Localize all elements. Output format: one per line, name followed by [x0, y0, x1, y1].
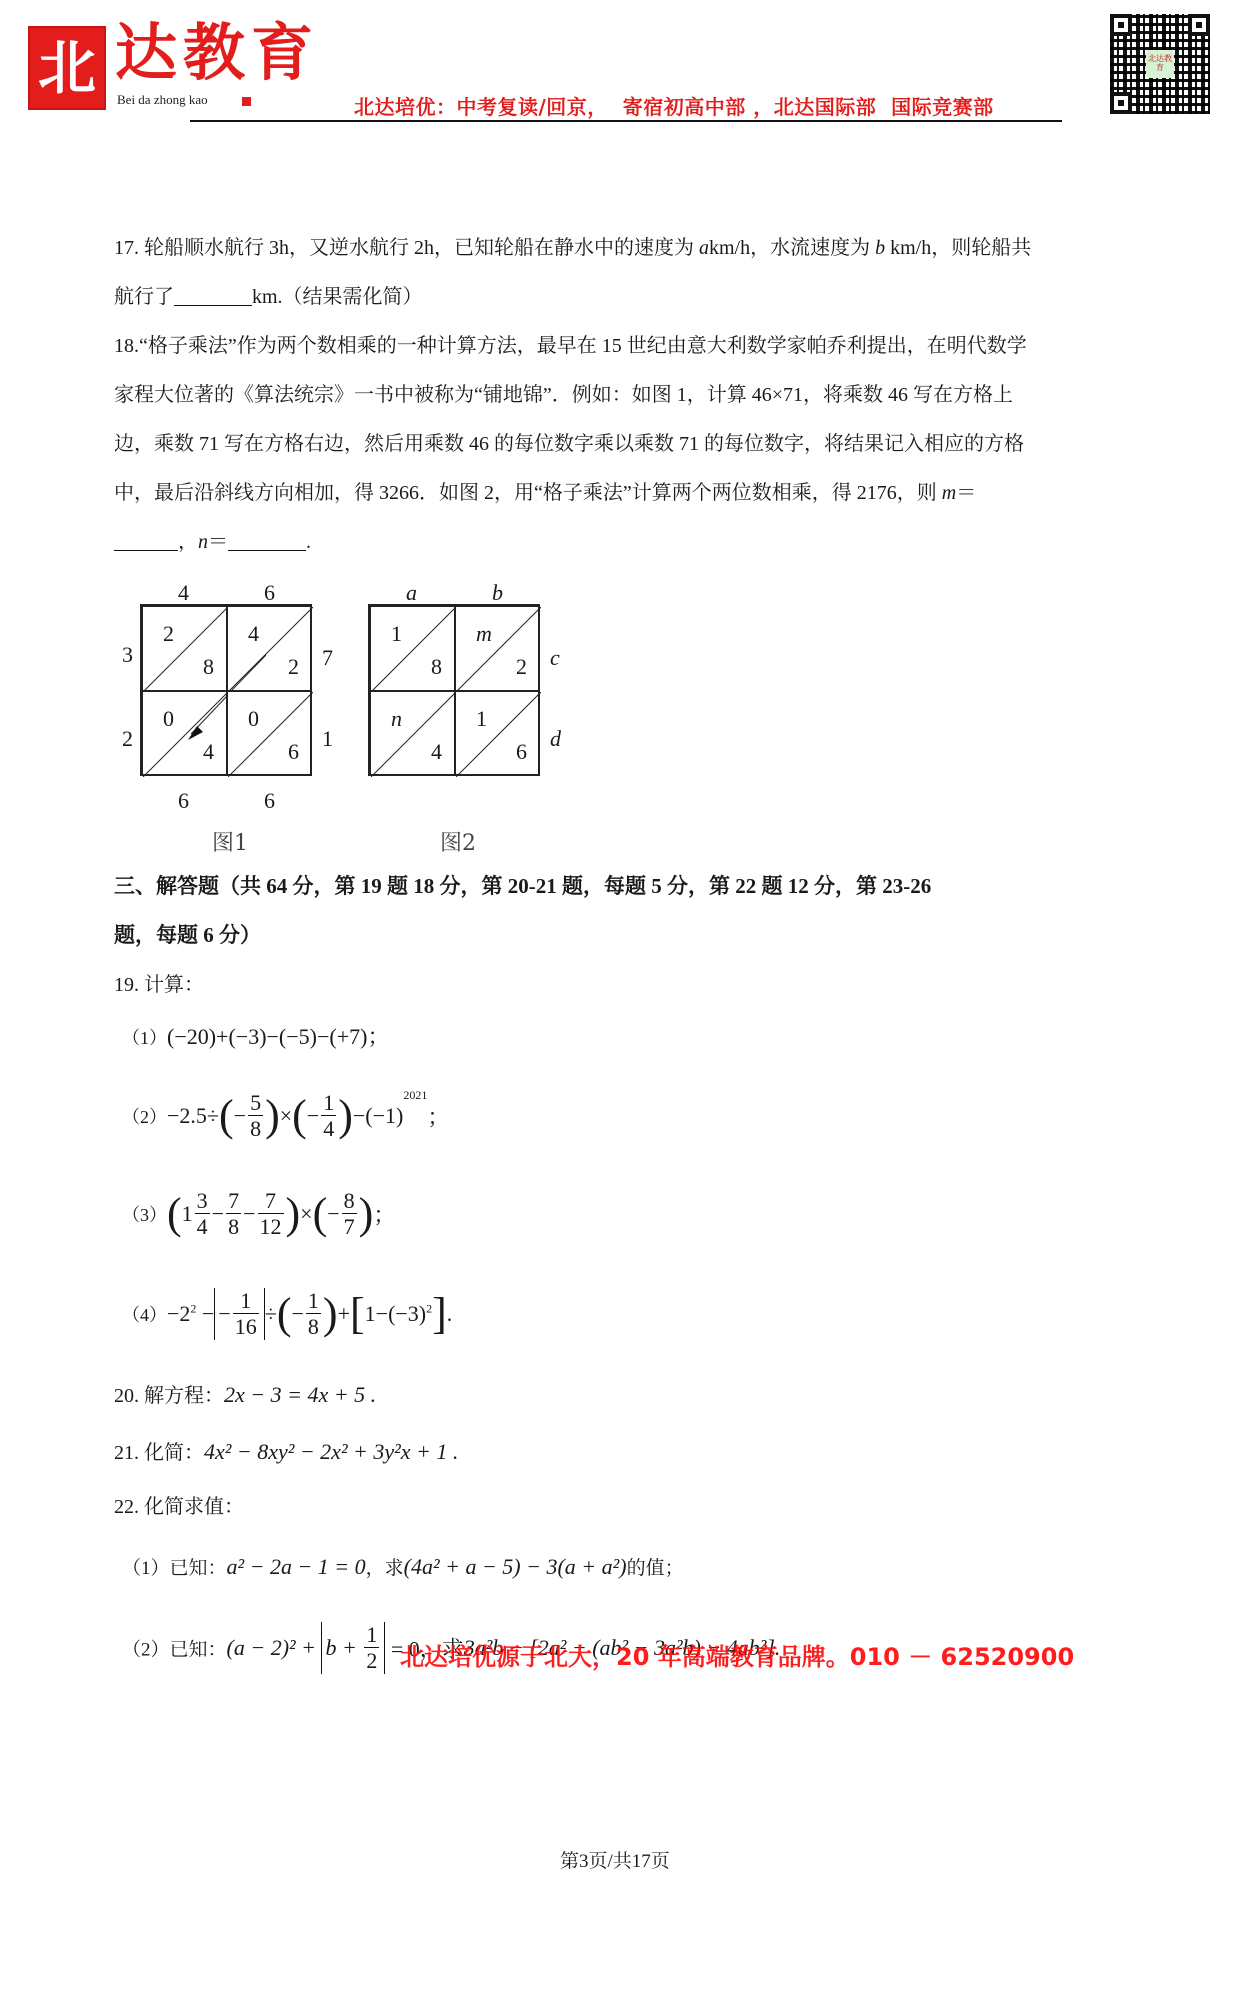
fig1-bottom-label: 6 [178, 788, 189, 814]
fig1-right-label: 1 [322, 726, 333, 752]
q17-text: 17. 轮船顺水航行 3h，又逆水航行 2h，已知轮船在静水中的速度为 [114, 237, 699, 259]
header-tagline: 北达培优：中考复读/回京， 寄宿初高中部 ，北达国际部 国际竞赛部 [354, 91, 994, 120]
numerator: 1 [321, 1090, 336, 1116]
fig1-cell: 2 8 [142, 606, 227, 691]
fraction: 712 [258, 1188, 284, 1240]
denominator: 12 [258, 1214, 284, 1239]
figure-1-caption: 图1 [212, 826, 248, 857]
cell-tens: 0 [163, 706, 174, 732]
math-expression: 4x² − 8xy² − 2x² + 3y²x + 1 . [204, 1439, 458, 1464]
numerator: 7 [226, 1188, 241, 1214]
answer-blank[interactable] [174, 287, 252, 306]
q19-part-3: （3）(134−78−712)×(−87)； [122, 1188, 395, 1240]
question-18-line-5: ，n＝. [114, 532, 311, 552]
section-3-heading-line-2: 题，每题 6 分） [114, 925, 261, 946]
numerator: 5 [248, 1090, 263, 1116]
cell-units: 2 [288, 654, 299, 680]
var-b: b [875, 237, 885, 259]
period: . [306, 531, 311, 553]
q19-part-1: （1）(−20)+(−3)−(−5)−(+7)； [122, 1026, 389, 1048]
fig1-left-label: 3 [122, 642, 133, 668]
condition: (a − 2)² + [227, 1635, 322, 1660]
question-19-title: 19. 计算： [114, 975, 204, 995]
fraction: 12 [364, 1622, 379, 1674]
page-number: 第3页/共17页 [560, 1846, 670, 1873]
qr-finder-icon [1188, 14, 1210, 36]
section-3-heading-line-1: 三、解答题（共 64 分，第 19 题 18 分，第 20-21 题，每题 5 … [114, 876, 931, 897]
logo-char: 北 [38, 39, 96, 97]
denominator: 7 [342, 1214, 357, 1239]
logo-square-decoration [242, 97, 251, 106]
denominator: 4 [321, 1116, 336, 1141]
fraction: 58 [248, 1090, 263, 1142]
fig2-cell: 1 6 [455, 691, 540, 776]
fig2-right-label: d [550, 726, 561, 752]
q22-part-1: （1）已知：a² − 2a − 1 = 0，求(4a² + a − 5) − 3… [122, 1556, 684, 1578]
question-17-line-2: 航行了km.（结果需化简） [114, 287, 423, 307]
fig2-cell: n 4 [370, 691, 455, 776]
fig1-left-label: 2 [122, 726, 133, 752]
denominator: 8 [226, 1214, 241, 1239]
question-20: 20. 解方程：2x − 3 = 4x + 5 . [114, 1384, 376, 1406]
exponent: 2021 [403, 1088, 427, 1102]
question-18-line-1: 18.“格子乘法”作为两个数相乘的一种计算方法，最早在 15 世纪由意大利数学家… [114, 336, 1027, 356]
cell-units: 8 [431, 654, 442, 680]
denominator: 8 [306, 1314, 321, 1339]
absolute-value: b + 12 [321, 1622, 385, 1674]
q17-text: km/h，则轮船共 [885, 237, 1031, 259]
condition: b + [325, 1635, 362, 1660]
fig2-grid: 1 8 m 2 n 4 1 6 [368, 604, 540, 776]
cell-tens: 4 [248, 621, 259, 647]
answer-blank-n[interactable] [228, 532, 306, 551]
fig2-cell: m 2 [455, 606, 540, 691]
fraction: 78 [226, 1188, 241, 1240]
question-18-line-2: 家程大位著的《算法统宗》一书中被称为“铺地锦”．例如：如图 1，计算 46×71… [114, 385, 1013, 405]
separator: ， [178, 531, 198, 553]
fraction: 34 [195, 1188, 210, 1240]
denominator: 8 [248, 1116, 263, 1141]
numerator: 3 [195, 1188, 210, 1214]
var-m: m [942, 482, 956, 504]
numerator: 8 [342, 1188, 357, 1214]
fraction: 18 [306, 1288, 321, 1340]
whole-number: 1 [182, 1201, 193, 1226]
fig1-bottom-label: 6 [264, 788, 275, 814]
logo-subtitle: Bei da zhong kao [117, 92, 208, 108]
question-label: 20. 解方程： [114, 1385, 224, 1407]
cell-tens: 1 [391, 621, 402, 647]
cell-tens: 1 [476, 706, 487, 732]
fig2-right-label: c [550, 645, 560, 671]
denominator: 4 [195, 1214, 210, 1239]
part-label: （4） [122, 1305, 167, 1325]
fig1-top-label: 4 [178, 580, 189, 606]
q18-text: 中，最后沿斜线方向相加，得 3266．如图 2，用“格子乘法”计算两个两位数相乘… [114, 482, 942, 504]
q19-part-2: （2）−2.5÷(−58)×(−14)−(−1)2021； [122, 1088, 449, 1142]
cell-units: 6 [516, 739, 527, 765]
header-divider [190, 120, 1062, 122]
var-n: n [198, 531, 208, 553]
var-a: a [699, 237, 709, 259]
watermark-text: 北达培优源于北大，20 年高端教育品牌。010 － 62520900 [400, 1637, 1074, 1672]
numerator: 7 [258, 1188, 284, 1214]
question-22-title: 22. 化简求值： [114, 1497, 244, 1517]
numerator: 1 [364, 1622, 379, 1648]
condition: a² − 2a − 1 = 0 [227, 1554, 366, 1579]
math-expression: (4a² + a − 5) − 3(a + a²) [404, 1554, 627, 1579]
q22-text: 的值； [627, 1558, 684, 1579]
q22-text: ，求 [366, 1558, 404, 1579]
part-label: （2）已知： [122, 1639, 227, 1660]
figure-2-caption: 图2 [440, 826, 476, 857]
qr-code: 北达教育 [1110, 14, 1210, 114]
question-21: 21. 化简：4x² − 8xy² − 2x² + 3y²x + 1 . [114, 1441, 458, 1463]
q17-text: km.（结果需化简） [252, 286, 423, 308]
fig1-cell: 0 6 [227, 691, 312, 776]
q17-text: km/h，水流速度为 [709, 237, 875, 259]
part-label: （3） [122, 1205, 167, 1225]
qr-finder-icon [1110, 14, 1132, 36]
denominator: 2 [364, 1648, 379, 1673]
q17-text: 航行了 [114, 286, 174, 308]
arrow-icon [188, 726, 203, 740]
fig1-top-label: 6 [264, 580, 275, 606]
question-17-line-1: 17. 轮船顺水航行 3h，又逆水航行 2h，已知轮船在静水中的速度为 akm/… [114, 238, 1031, 258]
fig1-grid: 2 8 4 2 0 4 0 6 [140, 604, 312, 776]
cell-units: 6 [288, 739, 299, 765]
logo-mark: 北 [28, 26, 106, 110]
math-text: −2.5÷ [167, 1103, 219, 1128]
fraction: 116 [233, 1288, 259, 1340]
fig1-cell: 0 4 [142, 691, 227, 776]
fraction: 87 [342, 1188, 357, 1240]
cell-units: 8 [203, 654, 214, 680]
math-expression: (−20)+(−3)−(−5)−(+7)； [167, 1024, 389, 1049]
cell-tens: 2 [163, 621, 174, 647]
q19-part-4: （4）−22 −−116÷(−18)+[1−(−3)2]. [122, 1288, 452, 1340]
question-18-line-4: 中，最后沿斜线方向相加，得 3266．如图 2，用“格子乘法”计算两个两位数相乘… [114, 483, 976, 503]
numerator: 1 [233, 1288, 259, 1314]
part-label: （2） [122, 1107, 167, 1127]
math-expression: 2x − 3 = 4x + 5 . [224, 1382, 376, 1407]
cell-units: 2 [516, 654, 527, 680]
cell-tens: m [476, 621, 492, 647]
question-label: 21. 化简： [114, 1442, 204, 1464]
cell-tens: n [391, 706, 402, 732]
qr-finder-icon [1110, 92, 1132, 114]
fig1-right-label: 7 [322, 645, 333, 671]
answer-blank-m[interactable] [114, 532, 178, 551]
fig2-cell: 1 8 [370, 606, 455, 691]
qr-center-logo: 北达教育 [1146, 50, 1174, 78]
part-label: （1） [122, 1028, 167, 1048]
part-label: （1）已知： [122, 1558, 227, 1579]
cell-units: 4 [431, 739, 442, 765]
question-18-line-3: 边，乘数 71 写在方格右边，然后用乘数 46 的每位数字乘以乘数 71 的每位… [114, 434, 1024, 454]
absolute-value: −116 [214, 1288, 264, 1340]
cell-tens: 0 [248, 706, 259, 732]
equals-sign: ＝ [208, 531, 228, 553]
equals-sign: ＝ [956, 482, 976, 504]
numerator: 1 [306, 1288, 321, 1314]
fig1-cell: 4 2 [227, 606, 312, 691]
fig2-top-label: a [406, 580, 417, 606]
cell-units: 4 [203, 739, 214, 765]
denominator: 16 [233, 1314, 259, 1339]
logo-title: 达教育 [115, 22, 319, 84]
fig2-top-label: b [492, 580, 503, 606]
fraction: 14 [321, 1090, 336, 1142]
